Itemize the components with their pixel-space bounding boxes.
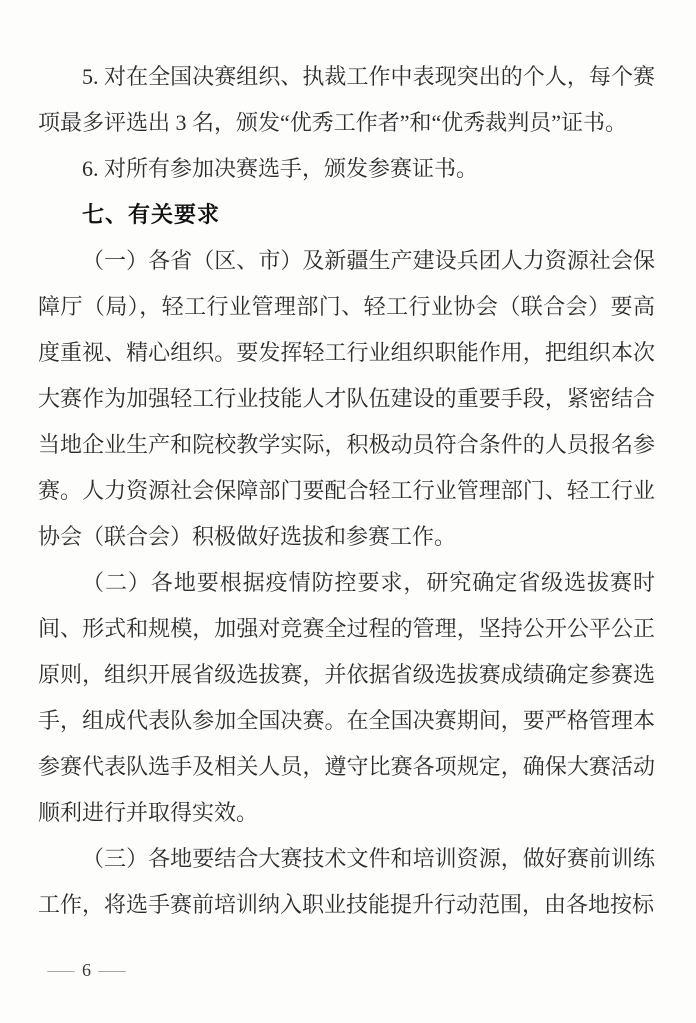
page-number-left-dash: — — [48, 960, 75, 981]
paragraph-requirement-2: （二）各地要根据疫情防控要求，研究确定省级选拔赛时间、形式和规模，加强对竞赛全过… — [38, 560, 655, 836]
paragraph-participation-certificates: 6. 对所有参加决赛选手，颁发参赛证书。 — [38, 146, 655, 192]
paragraph-requirement-3: （三）各地要结合大赛技术文件和培训资源，做好赛前训练工作，将选手赛前培训纳入职业… — [38, 836, 655, 928]
page-number-value: 6 — [82, 960, 91, 981]
paragraph-requirement-1: （一）各省（区、市）及新疆生产建设兵团人力资源社会保障厅（局），轻工行业管理部门… — [38, 238, 655, 560]
document-body: 5. 对在全国决赛组织、执裁工作中表现突出的个人，每个赛项最多评选出 3 名，颁… — [38, 54, 655, 928]
section-heading-requirements: 七、有关要求 — [38, 192, 655, 238]
paragraph-award-individuals: 5. 对在全国决赛组织、执裁工作中表现突出的个人，每个赛项最多评选出 3 名，颁… — [38, 54, 655, 146]
page-number-right-dash: — — [99, 960, 126, 981]
page-number: — 6 — — [52, 960, 121, 981]
document-page: 5. 对在全国决赛组织、执裁工作中表现突出的个人，每个赛项最多评选出 3 名，颁… — [0, 0, 696, 1023]
